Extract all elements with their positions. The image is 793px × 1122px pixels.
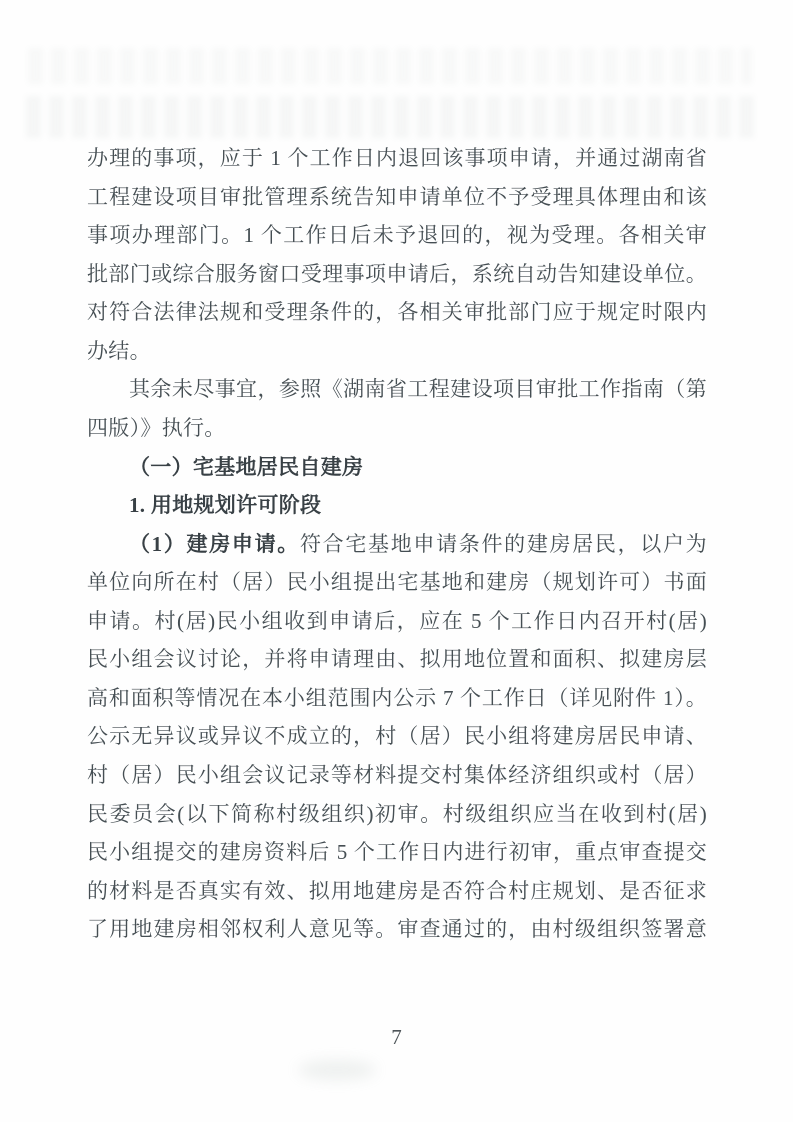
text-line: 办理的事项，应于 1 个工作日内退回该事项申请，并通过湖南省 <box>87 139 707 178</box>
text-segment: 民小组会议讨论，并将申请理由、拟用地位置和面积、拟建房层 <box>87 647 707 671</box>
text-line: 民小组提交的建房资料后 5 个工作日内进行初审，重点审查提交 <box>87 833 707 872</box>
text-line: 公示无异议或异议不成立的，村（居）民小组将建房居民申请、 <box>87 717 707 756</box>
text-line: 工程建设项目审批管理系统告知申请单位不予受理具体理由和该 <box>87 178 707 217</box>
text-line: 民委员会(以下简称村级组织)初审。村级组织应当在收到村(居) <box>87 795 707 834</box>
text-line: 单位向所在村（居）民小组提出宅基地和建房（规划许可）书面 <box>87 563 707 602</box>
text-segment: 高和面积等情况在本小组范围内公示 7 个工作日（详见附件 1）。 <box>87 686 707 710</box>
text-segment: 办理的事项，应于 1 个工作日内退回该事项申请，并通过湖南省 <box>87 146 707 170</box>
text-segment: 单位向所在村（居）民小组提出宅基地和建房（规划许可）书面 <box>87 570 707 594</box>
page-footer: 7 <box>0 1022 793 1052</box>
scan-bleed-through-artifact <box>28 48 752 84</box>
text-line: 其余未尽事宜，参照《湖南省工程建设项目审批工作指南（第 <box>87 370 707 409</box>
text-segment: 对符合法律法规和受理条件的，各相关审批部门应于规定时限内 <box>87 300 707 324</box>
text-line: 民小组会议讨论，并将申请理由、拟用地位置和面积、拟建房层 <box>87 640 707 679</box>
bold-text-segment: （1）建房申请。 <box>129 532 300 556</box>
scan-smudge-artifact <box>298 1060 376 1080</box>
text-segment: 批部门或综合服务窗口受理事项申请后，系统自动告知建设单位。 <box>87 262 707 286</box>
text-line: 批部门或综合服务窗口受理事项申请后，系统自动告知建设单位。 <box>87 255 707 294</box>
bold-text-segment: （一）宅基地居民自建房 <box>129 455 363 479</box>
text-segment: 公示无异议或异议不成立的，村（居）民小组将建房居民申请、 <box>87 724 707 748</box>
text-line: （1）建房申请。符合宅基地申请条件的建房居民，以户为 <box>87 525 707 564</box>
text-segment: 了用地建房相邻权利人意见等。审查通过的，由村级组织签署意 <box>87 917 707 941</box>
text-segment: 其余未尽事宜，参照《湖南省工程建设项目审批工作指南（第 <box>129 377 707 401</box>
scan-bleed-through-artifact <box>26 96 760 138</box>
text-line: 对符合法律法规和受理条件的，各相关审批部门应于规定时限内 <box>87 293 707 332</box>
text-line: 村（居）民小组会议记录等材料提交村集体经济组织或村（居） <box>87 756 707 795</box>
heading-line: （一）宅基地居民自建房 <box>87 448 707 487</box>
text-segment: 符合宅基地申请条件的建房居民，以户为 <box>300 532 707 556</box>
text-segment: 四版）》执行。 <box>87 416 226 440</box>
text-segment: 的材料是否真实有效、拟用地建房是否符合村庄规划、是否征求 <box>87 879 707 903</box>
text-line: 事项办理部门。1 个工作日后未予退回的，视为受理。各相关审 <box>87 216 707 255</box>
text-line: 的材料是否真实有效、拟用地建房是否符合村庄规划、是否征求 <box>87 872 707 911</box>
document-body: 办理的事项，应于 1 个工作日内退回该事项申请，并通过湖南省工程建设项目审批管理… <box>87 139 707 949</box>
page-number: 7 <box>391 1025 402 1049</box>
text-segment: 申请。村(居)民小组收到申请后，应在 5 个工作日内召开村(居) <box>87 609 707 633</box>
text-segment: 村（居）民小组会议记录等材料提交村集体经济组织或村（居） <box>87 763 707 787</box>
text-segment: 工程建设项目审批管理系统告知申请单位不予受理具体理由和该 <box>87 185 707 209</box>
text-line: 申请。村(居)民小组收到申请后，应在 5 个工作日内召开村(居) <box>87 602 707 641</box>
bold-text-segment: 1. 用地规划许可阶段 <box>129 493 321 517</box>
text-segment: 办结。 <box>87 339 151 363</box>
text-line: 办结。 <box>87 332 707 371</box>
text-segment: 民小组提交的建房资料后 5 个工作日内进行初审，重点审查提交 <box>87 840 707 864</box>
text-segment: 民委员会(以下简称村级组织)初审。村级组织应当在收到村(居) <box>87 802 707 826</box>
text-line: 四版）》执行。 <box>87 409 707 448</box>
heading-line: 1. 用地规划许可阶段 <box>87 486 707 525</box>
text-line: 高和面积等情况在本小组范围内公示 7 个工作日（详见附件 1）。 <box>87 679 707 718</box>
text-segment: 事项办理部门。1 个工作日后未予退回的，视为受理。各相关审 <box>87 223 707 247</box>
text-line: 了用地建房相邻权利人意见等。审查通过的，由村级组织签署意 <box>87 910 707 949</box>
scanned-document-page: 办理的事项，应于 1 个工作日内退回该事项申请，并通过湖南省工程建设项目审批管理… <box>0 0 793 1122</box>
